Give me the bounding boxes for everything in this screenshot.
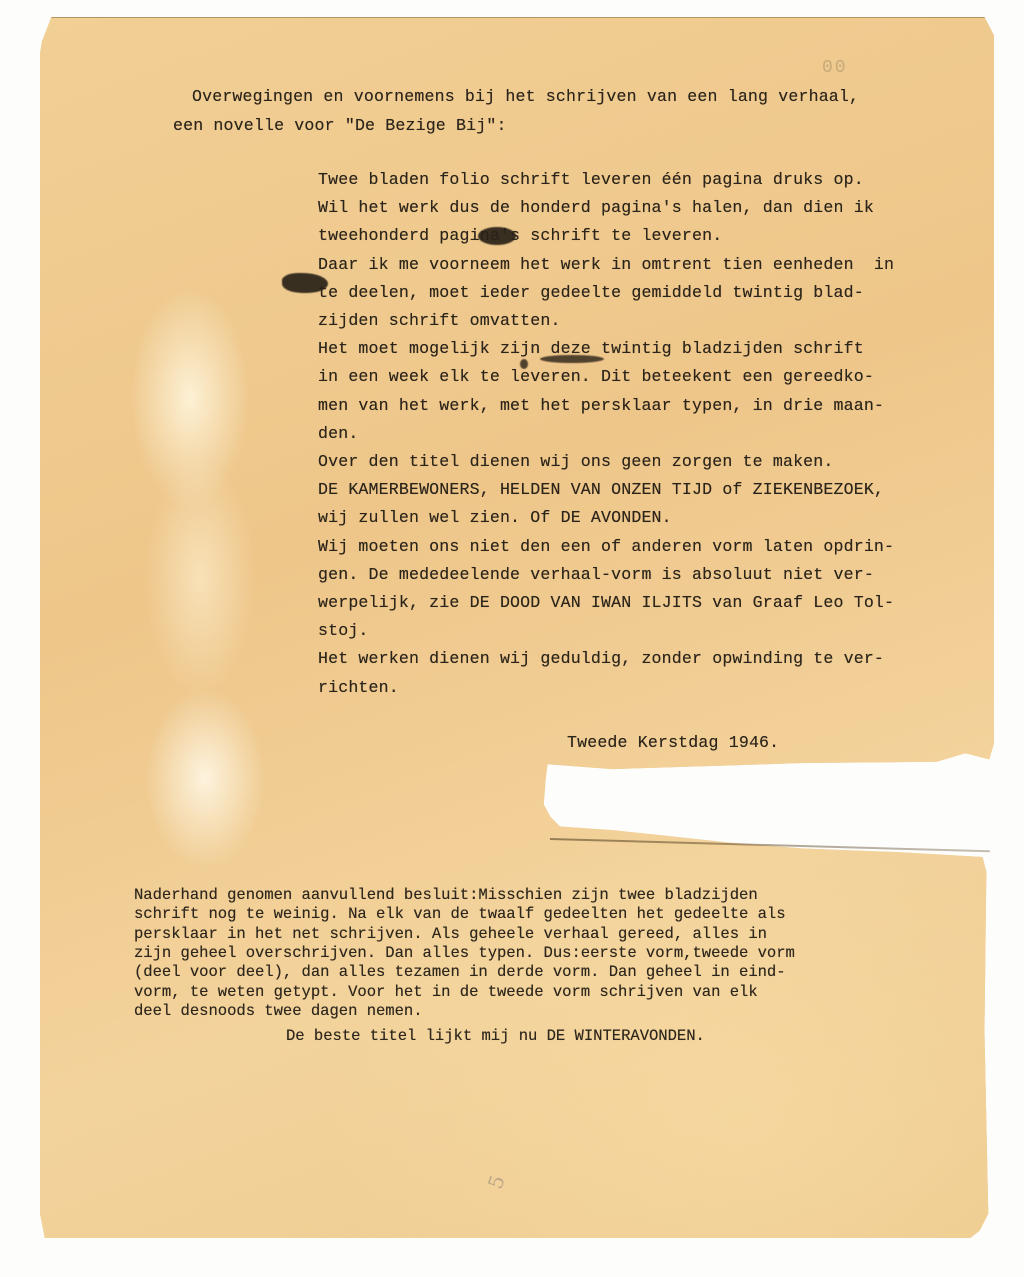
body-line: men van het werk, met het persklaar type… (318, 396, 884, 415)
body-line: zijden schrift omvatten. (318, 311, 561, 330)
addendum-line: Naderhand genomen aanvullend besluit:Mis… (134, 886, 758, 904)
body-line: Wil het werk dus de honderd pagina's hal… (318, 198, 874, 217)
heading-line-2: een novelle voor "De Bezige Bij": (173, 116, 507, 135)
heading-line-1: Overwegingen en voornemens bij het schri… (192, 87, 859, 106)
ink-blot (520, 359, 528, 369)
body-line: Over den titel dienen wij ons geen zorge… (318, 452, 834, 471)
body-line: den. (318, 424, 358, 443)
body-line: Daar ik me voorneem het werk in omtrent … (318, 255, 894, 274)
body-line: stoj. (318, 621, 369, 640)
body-line: gen. De mededeelende verhaal-vorm is abs… (318, 565, 874, 584)
body-line: in een week elk te leveren. Dit beteeken… (318, 367, 874, 386)
date-line: Tweede Kerstdag 1946. (567, 733, 779, 752)
closing-line: De beste titel lijkt mij nu DE WINTERAVO… (286, 1027, 705, 1045)
ink-blot (282, 273, 328, 293)
addendum-line: vorm, te weten getypt. Voor het in de tw… (134, 983, 758, 1001)
body-line: Het werken dienen wij geduldig, zonder o… (318, 649, 884, 668)
body-line: wij zullen wel zien. Of DE AVONDEN. (318, 508, 672, 527)
body-line: te deelen, moet ieder gedeelte gemiddeld… (318, 283, 864, 302)
ink-blot (478, 227, 516, 245)
faint-stamp: 00 (822, 58, 848, 78)
addendum-line: zijn geheel overschrijven. Dan alles typ… (134, 944, 795, 962)
addendum-line: schrift nog te weinig. Na elk van de twa… (134, 905, 786, 923)
body-line: tweehonderd pagina's schrift te leveren. (318, 226, 722, 245)
body-line: DE KAMERBEWONERS, HELDEN VAN ONZEN TIJD … (318, 480, 884, 499)
addendum-line: deel desnoods twee dagen nemen. (134, 1002, 423, 1020)
body-line: Wij moeten ons niet den een of anderen v… (318, 537, 894, 556)
addendum-line: (deel voor deel), dan alles tezamen in d… (134, 963, 786, 981)
body-line: werpelijk, zie DE DOOD VAN IWAN ILJITS v… (318, 593, 894, 612)
ink-blot (540, 355, 604, 363)
body-line: Twee bladen folio schrift leveren één pa… (318, 170, 864, 189)
addendum-line: persklaar in het net schrijven. Als gehe… (134, 925, 767, 943)
body-line: richten. (318, 678, 399, 697)
